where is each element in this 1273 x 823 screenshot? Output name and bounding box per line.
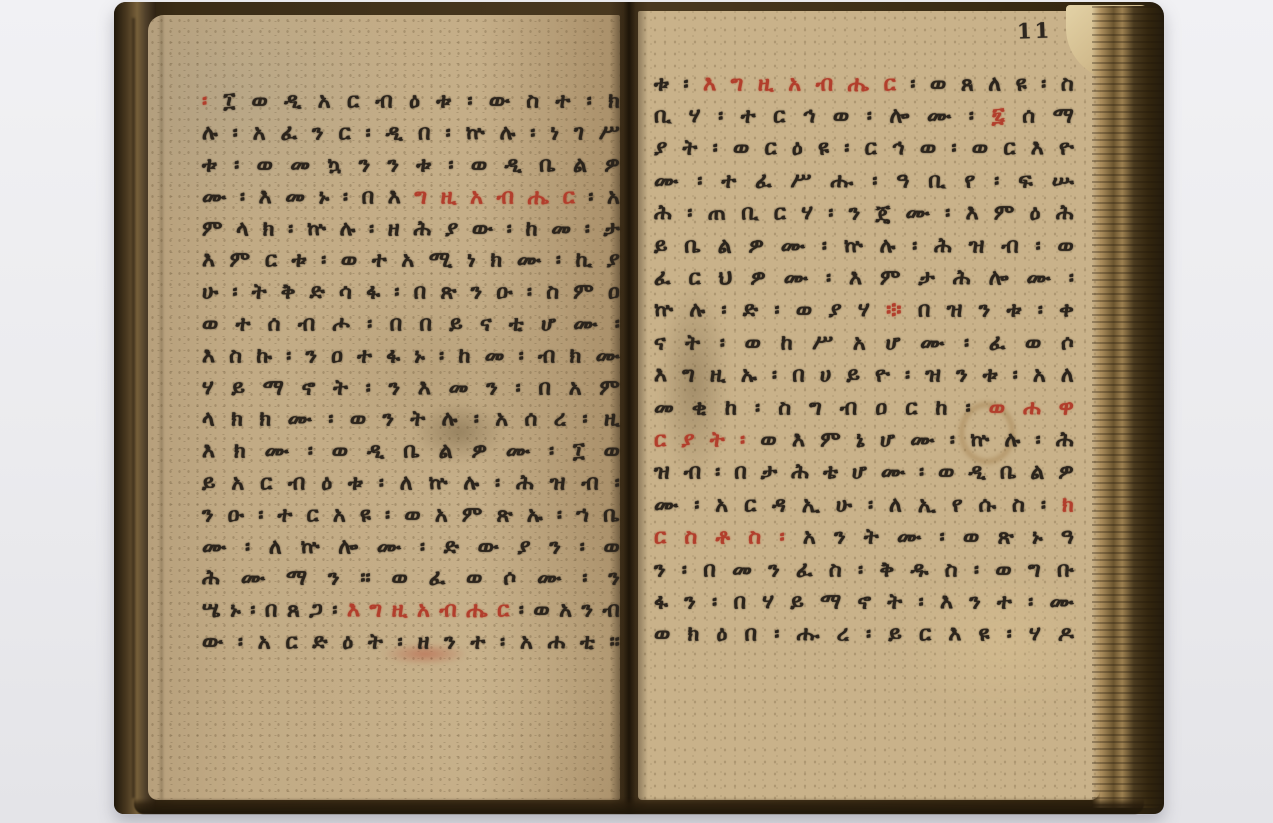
ink-glyph: ዮ (875, 364, 890, 388)
ink-glyph: ተ (741, 105, 756, 129)
ink-glyph: ስ (778, 396, 791, 420)
rubric-glyph: ር (497, 599, 509, 623)
ink-glyph: መ (449, 376, 469, 400)
rubric-glyph: ት (710, 428, 725, 452)
ink-glyph: ሃ (762, 590, 774, 614)
ink-glyph: ኳ (327, 153, 341, 177)
ink-glyph: ፡ (1041, 72, 1046, 96)
ink-glyph: ፡ (369, 217, 374, 241)
ink-glyph: ኔ (856, 428, 865, 452)
ink-glyph: ሎ (989, 267, 1009, 291)
ink-glyph: ረ (837, 623, 849, 647)
ink-glyph: ር (765, 137, 777, 161)
ink-glyph: ም (202, 217, 223, 241)
ink-glyph: ት (410, 408, 425, 432)
ink-glyph: በ (414, 281, 427, 305)
ink-glyph: ቤ (684, 234, 701, 258)
ink-glyph: ፡ (966, 396, 971, 420)
ink-glyph: በ (419, 312, 432, 336)
ink-glyph: ድ (743, 299, 758, 323)
ink-glyph: ዓ (896, 169, 909, 193)
rubric-glyph: ግ (369, 599, 382, 623)
ink-glyph: ሰ (1022, 105, 1035, 129)
ink-glyph: ሉ (340, 217, 356, 241)
ink-glyph: ዮ (1059, 137, 1074, 161)
ink-glyph: ሉ (463, 471, 479, 495)
ink-glyph: ቀ (1059, 299, 1074, 323)
ink-glyph: ር (285, 630, 297, 654)
ink-glyph: ላ (202, 408, 215, 432)
ink-glyph: ፡ (530, 122, 535, 146)
text-line: ን፡በመንፈስ፡ቅዱስ፡ወግቡ (654, 554, 1074, 586)
ink-glyph: ሙ (654, 493, 678, 517)
ink-glyph: ሆ (541, 312, 556, 336)
rubric-glyph: ር (563, 185, 575, 209)
ink-glyph: አ (803, 526, 816, 550)
ink-glyph: ፡ (974, 558, 979, 582)
ink-glyph: ጸ (961, 72, 974, 96)
text-line: ፈርህዎሙ፡እምታሕሎሙ፡ (654, 262, 1074, 294)
rubric-glyph: እ (347, 599, 360, 623)
ink-glyph: ፡ (712, 590, 717, 614)
ink-glyph: ፡ (232, 281, 237, 305)
text-line: ወክዕበ፡ሑረ፡ይርእዩ፡ሃዶ (654, 619, 1074, 651)
ink-glyph: ፡ (950, 428, 955, 452)
ink-glyph: ሙ (906, 202, 930, 226)
ink-glyph: ም (880, 267, 901, 291)
ink-glyph: ብ (538, 344, 555, 368)
ink-glyph: ን (549, 535, 561, 559)
left-page-text: ፡፲ወዲአርብዕቱ፡ውስተ፡ክሉ፡አፈንር፡ዲበ፡ኵሉ፡ነገሥቱ፡ወመኳንንቱ፡… (202, 86, 620, 658)
ink-glyph: ጽ (497, 503, 513, 527)
ink-glyph: ማ (820, 590, 841, 614)
ink-glyph: ላ (236, 217, 249, 241)
ink-glyph: ር (774, 202, 786, 226)
ink-glyph: ፡ (755, 396, 760, 420)
ink-glyph: ሉ (880, 234, 896, 258)
ink-glyph: ዎ (604, 153, 620, 177)
ink-glyph: ሉ (442, 408, 458, 432)
ink-glyph: ት (683, 137, 698, 161)
ink-glyph: ያ (445, 217, 458, 241)
text-line: ቱ፡እግዚአብሔር፡ወጸለዩ፡ስ (654, 68, 1074, 100)
ink-glyph: ወ (604, 440, 620, 464)
ink-glyph: ። (360, 567, 370, 591)
ink-glyph: ን (388, 153, 400, 177)
ink-glyph: ሶ (503, 567, 516, 591)
ink-glyph: ር (338, 122, 350, 146)
ink-glyph: ነ (550, 122, 559, 146)
ink-glyph: ማ (286, 567, 307, 591)
ink-glyph: ሆ (885, 331, 900, 355)
ink-glyph: ወ (972, 137, 988, 161)
ink-glyph: ሙ (537, 567, 561, 591)
ink-glyph: ፡ (467, 90, 472, 114)
ink-glyph: ቲ (580, 630, 595, 654)
ink-glyph: ዑ (496, 281, 512, 305)
ink-glyph: ር (865, 137, 877, 161)
ink-glyph: ዶ (1058, 623, 1074, 647)
ink-glyph: ኅ (892, 137, 905, 161)
ink-glyph: ወ (341, 249, 357, 273)
ink-glyph: ኵ (466, 122, 485, 146)
ink-glyph: ዲ (284, 90, 301, 114)
ink-glyph: ን (305, 344, 317, 368)
ink-glyph: ሱ (978, 493, 996, 517)
ink-glyph: አ (401, 249, 414, 273)
ink-glyph: ይ (790, 590, 804, 614)
ink-glyph: ዲ (386, 122, 403, 146)
ink-glyph: ፡ (446, 122, 451, 146)
ink-glyph: ኵ (428, 471, 447, 495)
ink-glyph: ሙ (573, 312, 597, 336)
text-line: ፋን፡በሃይማኖት፡እንተ፡ሙ (654, 586, 1074, 618)
ink-glyph: ፡ (515, 376, 520, 400)
ink-glyph: ሕ (1056, 202, 1074, 226)
ink-glyph: ን (654, 558, 666, 582)
ink-glyph: ፡ (868, 493, 873, 517)
ink-glyph: ቤ (539, 153, 556, 177)
ink-glyph: ዝ (550, 471, 566, 495)
ink-glyph: መ (732, 558, 752, 582)
ink-glyph: ክ (231, 408, 243, 432)
ink-glyph: ት (864, 526, 879, 550)
text-line: ሃይማኖት፡ንእመን፡በአም (202, 372, 620, 404)
ink-glyph: ን (581, 599, 593, 623)
ink-glyph: ተ (278, 503, 293, 527)
ink-glyph: ን (471, 281, 483, 305)
ink-glyph: ድ (310, 281, 325, 305)
manuscript-book: 11 ፡፲ወዲአርብዕቱ፡ውስተ፡ክሉ፡አፈንር፡ዲበ፡ኵሉ፡ነገሥቱ፡ወመኳን… (114, 2, 1164, 814)
ink-glyph: ፡ (580, 535, 585, 559)
ink-glyph: አ (520, 630, 533, 654)
ink-glyph: ሰ (268, 312, 281, 336)
ink-glyph: ሉ (689, 299, 705, 323)
ink-glyph: ኵ (307, 217, 326, 241)
ink-glyph: ፈ (796, 558, 813, 582)
rubric-glyph: ፨ (886, 299, 901, 323)
ink-glyph: ዎ (472, 440, 488, 464)
ink-glyph: ል (1030, 461, 1044, 485)
ink-glyph: ሙ (202, 535, 226, 559)
ink-glyph: ፡ (919, 590, 924, 614)
ink-glyph: ን (969, 590, 981, 614)
ink-glyph: ፡ (1069, 267, 1074, 291)
ink-glyph: ፡ (919, 461, 924, 485)
ink-glyph: ን (444, 630, 456, 654)
ink-glyph: ፡ (366, 122, 371, 146)
ink-glyph: ሃ (858, 299, 870, 323)
ink-glyph: ኑ (230, 599, 241, 623)
ink-glyph: ፡ (328, 408, 333, 432)
ink-glyph: ይ (449, 312, 463, 336)
ink-glyph: ይ (232, 376, 246, 400)
ink-glyph: ፡ (615, 471, 620, 495)
ink-glyph: በ (918, 299, 931, 323)
ink-glyph: ቅ (879, 558, 894, 582)
ink-glyph: ን (956, 364, 968, 388)
ink-glyph: አ (715, 493, 728, 517)
ink-glyph: ቱ (1007, 299, 1022, 323)
ink-glyph: ኵ (970, 428, 989, 452)
ink-glyph: ያ (654, 137, 667, 161)
ink-glyph: ፡ (258, 503, 263, 527)
ink-glyph: ሙ (927, 105, 951, 129)
ink-glyph: ን (834, 526, 846, 550)
ink-glyph: ወ (533, 599, 549, 623)
ink-glyph: በ (733, 590, 746, 614)
ink-glyph: ከ (935, 396, 947, 420)
ink-glyph: ፡ (238, 630, 243, 654)
ink-glyph: ር (265, 249, 277, 273)
ink-glyph: ል (573, 153, 587, 177)
ink-glyph: ፡ (1028, 590, 1033, 614)
ink-glyph: ጽ (440, 281, 456, 305)
ink-glyph: ፡ (321, 249, 326, 273)
ink-glyph: አ (569, 376, 582, 400)
ink-glyph: ሥ (812, 331, 833, 355)
ink-glyph: ኖ (858, 590, 872, 614)
ink-glyph: ር (307, 503, 319, 527)
text-line: ርያት፡ወእምኔሆሙ፡ኵሉ፡ሕ (654, 424, 1074, 456)
ink-glyph: ስ (945, 558, 958, 582)
ink-glyph: ፡ (721, 299, 726, 323)
text-line: ኵሉ፡ድ፡ወያሃ፨በዝንቱ፡ቀ (654, 295, 1074, 327)
ink-glyph: ር (260, 471, 272, 495)
ink-glyph: ፋ (366, 281, 380, 305)
ink-glyph: ያ (607, 249, 620, 273)
ink-glyph: ፡ (549, 440, 554, 464)
ink-glyph: ፡ (713, 137, 718, 161)
ink-glyph: እ (849, 267, 862, 291)
ink-glyph: ነ (467, 249, 476, 273)
rubric-glyph: ፡ (779, 526, 784, 550)
ink-glyph: ዑ (228, 503, 244, 527)
ink-glyph: ፡ (233, 122, 238, 146)
text-line: ዝብ፡በታሕቴሆሙ፡ወዲቤልዎ (654, 457, 1074, 489)
ink-glyph: ሙ (1027, 267, 1051, 291)
ink-glyph: ግ (1028, 558, 1041, 582)
ink-glyph: ኑ (1032, 526, 1043, 550)
ink-glyph: ና (654, 331, 666, 355)
ink-glyph: ር (744, 493, 756, 517)
ink-glyph: ድ (444, 535, 459, 559)
ink-glyph: ወ (833, 105, 849, 129)
ink-glyph: ታ (604, 217, 620, 241)
ink-glyph: ር (1003, 137, 1015, 161)
ink-glyph: እ (654, 364, 667, 388)
ink-glyph: ፡ (964, 331, 969, 355)
text-line: ላክክሙ፡ወንትሉ፡አሰረ፡ዚ (202, 404, 620, 436)
ink-glyph: ፡ (582, 567, 587, 591)
ink-glyph: ፡ (245, 535, 250, 559)
ink-glyph: ፲ (223, 90, 235, 114)
ink-glyph: ሎ (338, 535, 358, 559)
rubric-glyph: ሐ (1023, 396, 1041, 420)
ink-glyph: በ (734, 461, 747, 485)
text-line: ሁ፡ትቅድሳፋ፡በጽንዑ፡ስምዐ (202, 277, 620, 309)
ink-glyph: ዘ (417, 630, 429, 654)
ink-glyph: ረ (554, 408, 566, 432)
ink-glyph: ቤ (603, 503, 620, 527)
ink-glyph: ተ (357, 344, 372, 368)
text-line: እግዚኡ፡በሀይዮ፡ዝንቱ፡አለ (654, 360, 1074, 392)
ink-glyph: ፡ (866, 623, 871, 647)
rubric-glyph: ብ (439, 599, 456, 623)
ink-glyph: ኪ (576, 249, 593, 273)
ink-glyph: ይ (888, 623, 902, 647)
ink-glyph: እ (388, 185, 401, 209)
ink-glyph: ተ (236, 312, 251, 336)
ink-glyph: ሶ (1061, 331, 1074, 355)
ink-glyph: ፈ (654, 267, 671, 291)
scanned-manuscript-photo: 11 ፡፲ወዲአርብዕቱ፡ውስተ፡ክሉ፡አፈንር፡ዲበ፡ኵሉ፡ነገሥቱ፡ወመኳን… (0, 0, 1273, 823)
ink-glyph: ዱ (910, 558, 928, 582)
ink-glyph: እ (792, 428, 805, 452)
ink-glyph: ። (610, 630, 620, 654)
ink-glyph: ን (608, 567, 620, 591)
ink-glyph: ለ (1061, 364, 1074, 388)
ink-glyph: ኢ (918, 493, 936, 517)
ink-glyph: ፡ (439, 344, 444, 368)
ink-glyph: ሕ (654, 202, 672, 226)
ink-glyph: ፡ (687, 202, 692, 226)
ink-glyph: ፡ (394, 281, 399, 305)
ink-glyph: ሕ (516, 471, 534, 495)
ink-glyph: በ (418, 122, 431, 146)
ink-glyph: እ (1031, 137, 1044, 161)
right-page-text: ቱ፡እግዚአብሔር፡ወጸለዩ፡ስቢሃ፡ተርኅወ፡ሎሙ፡፯ሰማያት፡ወርዕዩ፡ርኅ… (654, 68, 1074, 651)
ink-glyph: ሉ (202, 122, 218, 146)
ink-glyph: አ (559, 599, 572, 623)
rubric-glyph: ክ (1062, 493, 1074, 517)
ink-glyph: ቱ (416, 153, 431, 177)
ink-glyph: ፡ (715, 461, 720, 485)
ink-glyph: ፡ (940, 526, 945, 550)
ink-glyph: ሙ (596, 344, 620, 368)
ink-glyph: ቱ (292, 249, 307, 273)
ink-glyph: ለ (988, 72, 1001, 96)
ink-glyph: ስ (1061, 72, 1074, 96)
ink-glyph: ል (439, 440, 453, 464)
ink-glyph: ሕ (934, 234, 952, 258)
ink-glyph: ብ (1001, 234, 1018, 258)
ink-glyph: ፡ (343, 185, 348, 209)
ink-glyph: ና (480, 312, 492, 336)
text-line: ሕሙማን።ወፈወሶሙ፡ን (202, 563, 620, 595)
ink-glyph: ፡ (951, 137, 956, 161)
ink-glyph: ፡ (366, 376, 371, 400)
ink-glyph: ወ (995, 558, 1011, 582)
rubric-glyph: ር (654, 526, 666, 550)
ink-glyph: ን (202, 503, 214, 527)
ink-glyph: ወ (654, 623, 670, 647)
ink-glyph: እ (202, 440, 215, 464)
ink-glyph: ኵ (300, 535, 319, 559)
rubric-glyph: ፯ (991, 105, 1004, 129)
ink-glyph: እ (948, 623, 961, 647)
ink-glyph: ም (994, 202, 1015, 226)
ink-glyph: ፡ (683, 72, 688, 96)
ink-glyph: ፡ (1041, 493, 1046, 517)
ink-glyph: ቱ (348, 471, 363, 495)
text-line: ሕ፡ጠቢርሃ፡ንጄሙ፡እምዕሕ (654, 198, 1074, 230)
ink-glyph: ግ (809, 396, 822, 420)
ink-glyph: ን (389, 376, 401, 400)
ink-glyph: ወ (392, 567, 408, 591)
ink-glyph: በ (538, 376, 551, 400)
ink-glyph: ሙ (288, 408, 312, 432)
ink-glyph: ህ (719, 267, 733, 291)
ink-glyph: ጸ (287, 599, 300, 623)
ink-glyph: ፍ (1018, 169, 1033, 193)
ink-glyph: ከ (525, 217, 537, 241)
ink-glyph: ሙ (654, 169, 678, 193)
ink-glyph: ወ (332, 440, 348, 464)
ink-glyph: ዝ (654, 461, 670, 485)
ink-glyph: ወ (930, 72, 946, 96)
ink-glyph: ብ (840, 396, 857, 420)
ink-glyph: ዝ (969, 234, 985, 258)
ink-glyph: ፡ (288, 217, 293, 241)
ink-glyph: ፡ (694, 493, 699, 517)
rubric-glyph: ር (654, 428, 666, 452)
ink-glyph: ሚ (429, 249, 453, 273)
ink-glyph: ሃ (689, 105, 701, 129)
ink-glyph: ፋ (654, 590, 668, 614)
ink-glyph: ፡ (556, 249, 561, 273)
ink-glyph: ሁ (202, 281, 218, 305)
ink-glyph: ማ (263, 376, 284, 400)
ink-glyph: አ (435, 503, 448, 527)
ink-glyph: ፡ (519, 599, 524, 623)
ink-glyph: የ (964, 169, 975, 193)
text-line: ው፡አርድዕት፡ዘንተ፡አሐቲ። (202, 627, 620, 659)
fore-edge-page-stack (1092, 6, 1164, 808)
ink-glyph: ፡ (718, 105, 723, 129)
ink-glyph: መ (285, 185, 305, 209)
rubric-glyph: ፡ (740, 428, 745, 452)
ink-glyph: ታ (761, 461, 777, 485)
ink-glyph: ይ (654, 234, 668, 258)
bottom-page-edge (134, 798, 1144, 814)
ink-glyph: ፡ (867, 105, 872, 129)
ink-glyph: ሥ (599, 122, 620, 146)
ink-glyph: ወ (466, 567, 482, 591)
ink-glyph: ፡ (234, 153, 239, 177)
text-line: ይአርብዕቱ፡ለኵሉ፡ሕዝብ፡ (202, 468, 620, 500)
rubric-glyph: ዚ (441, 185, 457, 209)
ink-glyph: በ (265, 599, 278, 623)
ink-glyph: ስ (546, 281, 559, 305)
ink-glyph: በ (362, 185, 375, 209)
ink-glyph: ፡ (308, 440, 313, 464)
ink-glyph: ወ (745, 331, 761, 355)
rubric-glyph: ብ (816, 72, 833, 96)
ink-glyph: ቂ (692, 396, 707, 420)
ink-glyph: እ (418, 376, 431, 400)
ink-glyph: ሙ (377, 535, 401, 559)
ink-glyph: ማ (1053, 105, 1074, 129)
ink-glyph: ወ (1058, 234, 1074, 258)
rubric-glyph: ወ (989, 396, 1005, 420)
text-line: ንዑ፡ተርአዩ፡ወአምጽኡ፡ኀቤ (202, 499, 620, 531)
ink-glyph: መ (654, 396, 674, 420)
ink-glyph: ር (905, 396, 917, 420)
ink-glyph: ክ (608, 90, 620, 114)
ink-glyph: ዎ (748, 234, 764, 258)
ink-glyph: እ (940, 590, 953, 614)
